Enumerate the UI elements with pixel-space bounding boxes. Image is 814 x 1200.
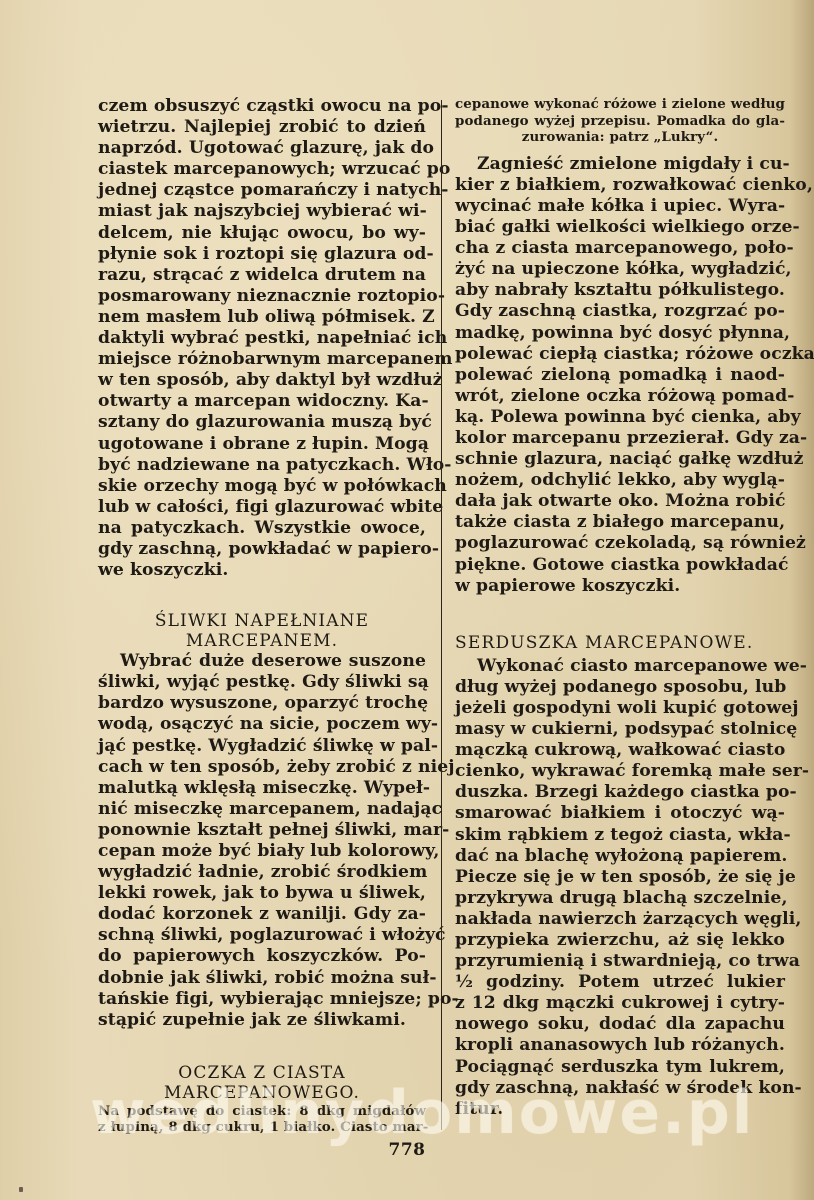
text-line: wrót, zielone oczka różową pomad-	[455, 386, 785, 407]
text-line: nowego soku, dodać dla zapachu	[455, 1014, 785, 1035]
text-line: miast jak najszybciej wybierać wi-	[98, 201, 426, 222]
text-line: gdy zaschną, powkładać w papiero-	[98, 539, 426, 560]
text-line: wietrzu. Najlepiej zrobić to dzień	[98, 117, 426, 138]
text-line: dodać korzonek z wanilji. Gdy za-	[98, 904, 426, 925]
text-line: ugotowane i obrane z łupin. Mogą	[98, 434, 426, 455]
text-line: ½ godziny. Potem utrzeć lukier	[455, 972, 785, 993]
text-line: cepanowe wykonać różowe i zielone według	[455, 96, 785, 113]
text-line: tańskie figi, wybierając mniejsze; po-	[98, 989, 426, 1010]
text-line: sztany do glazurowania muszą być	[98, 412, 426, 433]
text-line: stąpić zupełnie jak ze śliwkami.	[98, 1010, 426, 1031]
text-line: ciastek marcepanowych; wrzucać po	[98, 159, 426, 180]
paper-speck	[19, 1187, 23, 1192]
text-line: Na podstawę do ciastek: 8 dkg migdałów	[98, 1103, 426, 1120]
text-line: delcem, nie kłując owocu, bo wy-	[98, 223, 426, 244]
text-line: cienko, wykrawać foremką małe ser-	[455, 761, 785, 782]
text-line: skie orzechy mogą być w połówkach	[98, 476, 426, 497]
text-line: smarować białkiem i otoczyć wą-	[455, 803, 785, 824]
left-column: czem obsuszyć cząstki owocu na po- wietr…	[98, 96, 426, 1136]
text-line: Zagnieść zmielone migdały i cu-	[455, 154, 785, 175]
text-line: jednej cząstce pomarańczy i natych-	[98, 180, 426, 201]
text-line: lub w całości, figi glazurować wbite	[98, 497, 426, 518]
text-line: Wybrać duże deserowe suszone	[98, 651, 426, 672]
text-line: aby nabrały kształtu półkulistego.	[455, 280, 785, 301]
column-divider	[441, 100, 442, 1130]
text-line: Wykonać ciasto marcepanowe we-	[455, 656, 785, 677]
text-line: schnie glazura, naciąć gałkę wzdłuż	[455, 449, 785, 470]
text-line: madkę, powinna być dosyć płynna,	[455, 323, 785, 344]
text-line: cach w ten sposób, żeby zrobić z niej	[98, 757, 426, 778]
text-line: Pociągnąć serduszka tym lukrem,	[455, 1057, 785, 1078]
text-line: z 12 dkg mączki cukrowej i cytry-	[455, 993, 785, 1014]
book-page: czem obsuszyć cząstki owocu na po- wietr…	[0, 0, 814, 1200]
text-line: masy w cukierni, podsypać stolnicę	[455, 719, 785, 740]
section-serduszka: SERDUSZKA MARCEPANOWE. Wykonać ciasto ma…	[455, 633, 785, 1120]
text-line: zurowania: patrz „Lukry“.	[455, 129, 785, 146]
section-heading: OCZKA Z CIASTA	[98, 1063, 426, 1083]
text-line: przypieka zwierzchu, aż się lekko	[455, 930, 785, 951]
text-line: lekki rowek, jak to bywa u śliwek,	[98, 883, 426, 904]
oczka-instructions: Zagnieść zmielone migdały i cu- kier z b…	[455, 154, 785, 597]
text-line: w ten sposób, aby daktyl był wzdłuż	[98, 370, 426, 391]
text-line: otwarty a marcepan widoczny. Ka-	[98, 391, 426, 412]
text-line: na patyczkach. Wszystkie owoce,	[98, 518, 426, 539]
text-line: posmarowany nieznacznie roztopio-	[98, 286, 426, 307]
text-line: daktyli wybrać pestki, napełniać ich	[98, 328, 426, 349]
text-line: nakłada nawierzch żarzących węgli,	[455, 909, 785, 930]
text-line: piękne. Gotowe ciastka powkładać	[455, 555, 785, 576]
text-line: wygładzić ładnie, zrobić środkiem	[98, 862, 426, 883]
text-line: dała jak otwarte oko. Można robić	[455, 491, 785, 512]
text-line: jąć pestkę. Wygładzić śliwkę w pal-	[98, 736, 426, 757]
text-line: razu, strącać z widelca drutem na	[98, 265, 426, 286]
section-sliwki: ŚLIWKI NAPEŁNIANE MARCEPANEM. Wybrać duż…	[98, 611, 426, 1031]
text-line: śliwki, wyjąć pestkę. Gdy śliwki są	[98, 672, 426, 693]
text-line: gdy zaschną, nakłaść w środek kon-	[455, 1078, 785, 1099]
text-line: nożem, odchylić lekko, aby wyglą-	[455, 470, 785, 491]
text-line: dobnie jak śliwki, robić można suł-	[98, 968, 426, 989]
text-line: ką. Polewa powinna być cienka, aby	[455, 407, 785, 428]
text-line: z łupiną, 8 dkg cukru, 1 białko. Ciasto …	[98, 1119, 426, 1136]
text-line: być nadziewane na patyczkach. Wło-	[98, 455, 426, 476]
section-heading: MARCEPANEM.	[98, 631, 426, 651]
text-line: duszka. Brzegi każdego ciastka po-	[455, 782, 785, 803]
text-line: fitur.	[455, 1099, 785, 1120]
text-line: kolor marcepanu przezierał. Gdy za-	[455, 428, 785, 449]
text-line: wodą, osączyć na sicie, poczem wy-	[98, 714, 426, 735]
text-line: kropli ananasowych lub różanych.	[455, 1035, 785, 1056]
text-line: cha z ciasta marcepanowego, poło-	[455, 238, 785, 259]
spacer	[455, 146, 785, 154]
text-line: skim rąbkiem z tegoż ciasta, wkła-	[455, 825, 785, 846]
text-line: polewać ciepłą ciastka; różowe oczka	[455, 344, 785, 365]
page-number: 778	[0, 1140, 814, 1160]
spacer	[98, 1031, 426, 1063]
text-line: podanego wyżej przepisu. Pomadka do gla-	[455, 113, 785, 130]
text-line: dług wyżej podanego sposobu, lub	[455, 677, 785, 698]
text-line: cepan może być biały lub kolorowy,	[98, 841, 426, 862]
text-line: płynie sok i roztopi się glazura od-	[98, 244, 426, 265]
ingredients: Na podstawę do ciastek: 8 dkg migdałów z…	[98, 1103, 426, 1136]
text-line: do papierowych koszyczków. Po-	[98, 946, 426, 967]
text-line: Gdy zaschną ciastka, rozgrzać po-	[455, 301, 785, 322]
text-line: poglazurować czekoladą, są również	[455, 533, 785, 554]
text-line: kier z białkiem, rozwałkować cienko,	[455, 175, 785, 196]
section-heading: SERDUSZKA MARCEPANOWE.	[455, 633, 785, 653]
text-line: mączką cukrową, wałkować ciasto	[455, 740, 785, 761]
section-heading: MARCEPANOWEGO.	[98, 1083, 426, 1103]
ingredients-continued: cepanowe wykonać różowe i zielone według…	[455, 96, 785, 146]
text-line: schną śliwki, poglazurować i włożyć	[98, 925, 426, 946]
spacer	[98, 581, 426, 611]
text-line: przyrumienią i stwardnieją, co trwa	[455, 951, 785, 972]
text-line: naprzód. Ugotować glazurę, jak do	[98, 138, 426, 159]
spacer	[455, 597, 785, 633]
text-line: w papierowe koszyczki.	[455, 576, 785, 597]
text-line: przykrywa drugą blachą szczelnie,	[455, 888, 785, 909]
text-line: także ciasta z białego marcepanu,	[455, 512, 785, 533]
text-line: żyć na upieczone kółka, wygładzić,	[455, 259, 785, 280]
text-line: ponownie kształt pełnej śliwki, mar-	[98, 820, 426, 841]
text-line: dać na blachę wyłożoną papierem.	[455, 846, 785, 867]
text-line: nem masłem lub oliwą półmisek. Z	[98, 307, 426, 328]
text-line: czem obsuszyć cząstki owocu na po-	[98, 96, 426, 117]
text-line: nić miseczkę marcepanem, nadając	[98, 799, 426, 820]
text-line: Piecze się je w ten sposób, że się je	[455, 867, 785, 888]
text-line: jeżeli gospodyni woli kupić gotowej	[455, 698, 785, 719]
text-line: we koszyczki.	[98, 560, 426, 581]
intro-paragraph: czem obsuszyć cząstki owocu na po- wietr…	[98, 96, 426, 581]
text-line: malutką wklęsłą miseczkę. Wypeł-	[98, 778, 426, 799]
text-line: wycinać małe kółka i upiec. Wyra-	[455, 196, 785, 217]
text-line: bardzo wysuszone, oparzyć trochę	[98, 693, 426, 714]
text-line: biać gałki wielkości wielkiego orze-	[455, 217, 785, 238]
text-line: polewać zieloną pomadką i naod-	[455, 365, 785, 386]
section-heading: ŚLIWKI NAPEŁNIANE	[98, 611, 426, 631]
section-oczka: OCZKA Z CIASTA MARCEPANOWEGO. Na podstaw…	[98, 1063, 426, 1136]
text-line: miejsce różnobarwnym marcepanem	[98, 349, 426, 370]
right-column: cepanowe wykonać różowe i zielone według…	[455, 96, 785, 1120]
